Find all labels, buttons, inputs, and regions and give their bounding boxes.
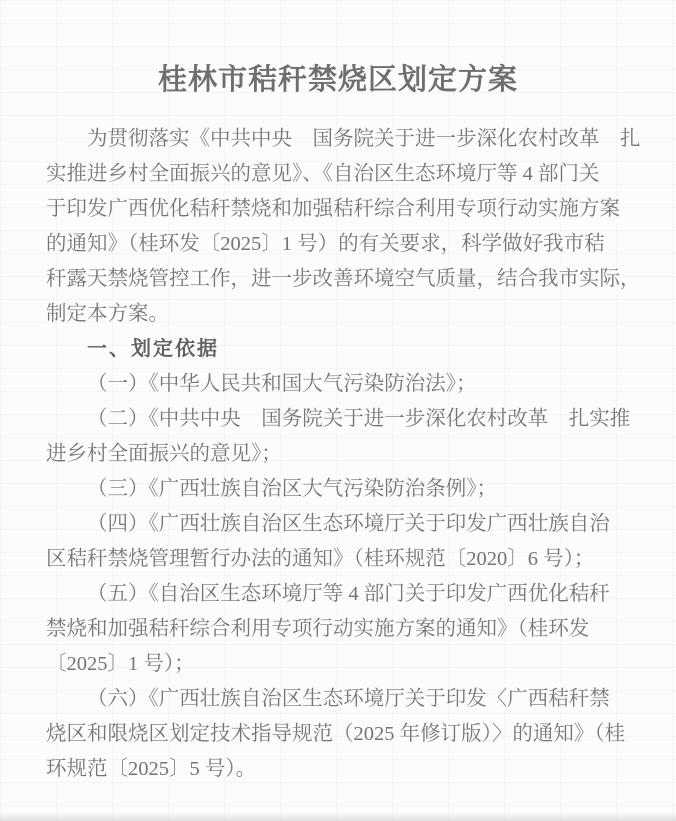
document-line: 禁烧和加强秸秆综合利用专项行动实施方案的通知》（桂环发 xyxy=(46,612,636,647)
document-line: 烧区和限烧区划定技术指导规范（2025 年修订版）〉的通知》（桂 xyxy=(46,717,636,752)
document-line: （四）《广西壮族自治区生态环境厅关于印发广西壮族自治 xyxy=(46,507,636,542)
document-line: 实推进乡村全面振兴的意见》、《自治区生态环境厅等 4 部门关 xyxy=(46,157,636,192)
document-title: 桂林市秸秆禁烧区划定方案 xyxy=(0,57,676,98)
document-line: 〔2025〕1 号）； xyxy=(46,647,636,682)
document-line: （一）《中华人民共和国大气污染防治法》； xyxy=(46,367,636,402)
document-line: 制定本方案。 xyxy=(46,297,636,332)
section-heading: 一、划定依据 xyxy=(46,332,636,367)
document-line: 于印发广西优化秸秆禁烧和加强秸秆综合利用专项行动实施方案 xyxy=(46,192,636,227)
document-line: （五）《自治区生态环境厅等 4 部门关于印发广西优化秸秆 xyxy=(46,577,636,612)
document-line: 为贯彻落实《中共中央 国务院关于进一步深化农村改革 扎 xyxy=(46,122,636,157)
document-line: 的通知》（桂环发〔2025〕1 号）的有关要求，科学做好我市秸 xyxy=(46,227,636,262)
document-line: （二）《中共中央 国务院关于进一步深化农村改革 扎实推 xyxy=(46,402,636,437)
document-line: 环规范〔2025〕5 号）。 xyxy=(46,752,636,787)
document-line: 区秸秆禁烧管理暂行办法的通知》（桂环规范〔2020〕6 号）； xyxy=(46,542,636,577)
page-bottom-edge xyxy=(0,812,676,821)
document-page: { "document": { "title": "桂林市秸秆禁烧区划定方案",… xyxy=(0,0,676,821)
document-line: （六）《广西壮族自治区生态环境厅关于印发〈广西秸秆禁 xyxy=(46,682,636,717)
document-line: （三）《广西壮族自治区大气污染防治条例》； xyxy=(46,472,636,507)
document-line: 进乡村全面振兴的意见》； xyxy=(46,437,636,472)
document-line: 秆露天禁烧管控工作，进一步改善环境空气质量，结合我市实际， xyxy=(46,262,636,297)
document-body: 为贯彻落实《中共中央 国务院关于进一步深化农村改革 扎实推进乡村全面振兴的意见》… xyxy=(46,122,636,787)
